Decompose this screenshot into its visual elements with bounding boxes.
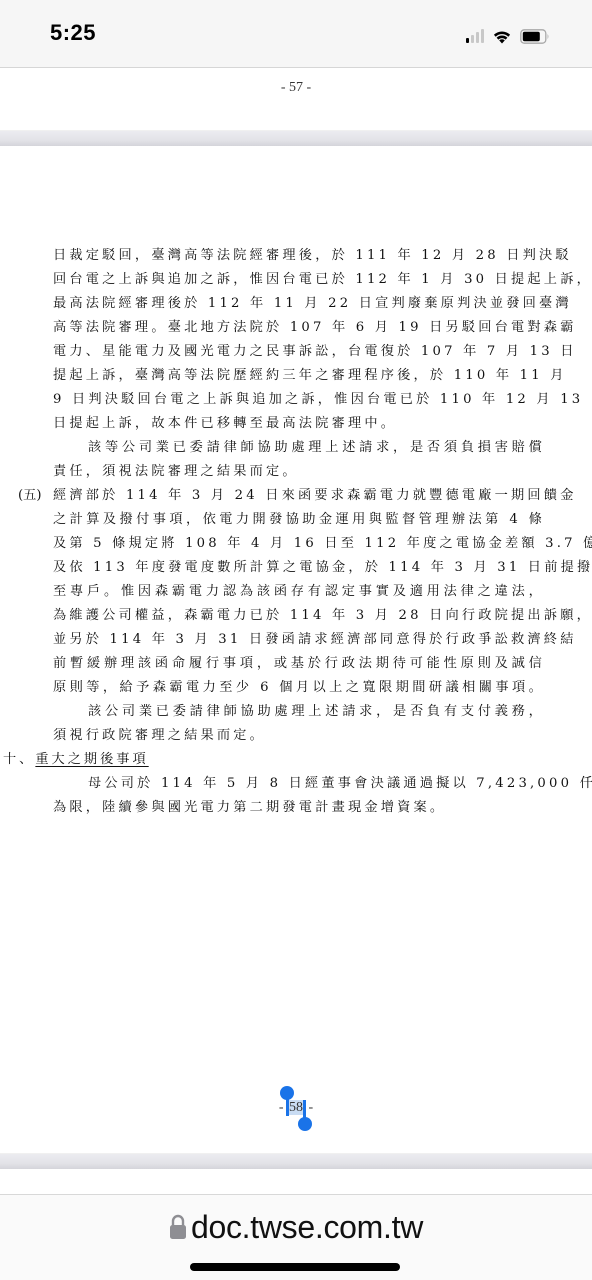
status-icons — [466, 25, 550, 47]
text-line: 須視行政院審理之結果而定。 — [53, 726, 545, 746]
text-line: 至專戶。惟因森霸電力認為該函存有認定事實及適用法律之違法， — [53, 582, 545, 602]
text-line: 該公司業已委請律師協助處理上述請求，是否負有支付義務， — [88, 702, 545, 722]
text-line: 母公司於 114 年 5 月 8 日經董事會決議通過擬以 7,423,000 仟… — [88, 774, 545, 794]
status-time: 5:25 — [50, 20, 96, 46]
text-line: 並另於 114 年 3 月 31 日發函請求經濟部同意得於行政爭訟救濟終結 — [53, 630, 545, 650]
selected-text[interactable]: 58 — [287, 1100, 305, 1115]
home-indicator[interactable] — [190, 1263, 400, 1271]
text-line: 原則等，給予森霸電力至少 6 個月以上之寬限期間研議相關事項。 — [53, 678, 545, 698]
url-text: doc.twse.com.tw — [191, 1209, 423, 1245]
page-number-58: - 58 - — [0, 1100, 592, 1116]
section-heading-10: 十、重大之期後事項 — [3, 750, 149, 770]
previous-page-footer: - 57 - — [0, 68, 592, 130]
wifi-icon — [492, 29, 512, 44]
text-line: 為限，陸續參與國光電力第二期發電計畫現金增資案。 — [53, 798, 545, 818]
page-separator — [0, 1153, 592, 1169]
text-line: 日提起上訴，故本件已移轉至最高法院審理中。 — [53, 414, 545, 434]
lock-icon — [169, 1214, 187, 1240]
status-bar: 5:25 — [0, 0, 592, 68]
cellular-signal-icon — [466, 29, 484, 43]
text-line: 前暫緩辦理該函命履行事項，或基於行政法期待可能性原則及誠信 — [53, 654, 545, 674]
text-line: 電力、星能電力及國光電力之民事訴訟，台電復於 107 年 7 月 13 日 — [53, 342, 545, 362]
selection-end-knob[interactable] — [298, 1117, 312, 1131]
selection-start-knob[interactable] — [280, 1086, 294, 1100]
page-separator — [0, 130, 592, 146]
text-line: 責任，須視法院審理之結果而定。 — [53, 462, 545, 482]
text-line: 最高法院經審理後於 112 年 11 月 22 日宣判廢棄原判決並發回臺灣 — [53, 294, 545, 314]
text-line: 為維護公司權益，森霸電力已於 114 年 3 月 28 日向行政院提出訴願， — [53, 606, 545, 626]
text-line: 之計算及撥付事項，依電力開發協助金運用與監督管理辦法第 4 條 — [53, 510, 545, 530]
browser-address-bar[interactable]: doc.twse.com.tw — [0, 1194, 592, 1280]
next-page-top — [0, 1169, 592, 1194]
text-line: 及第 5 條規定將 108 年 4 月 16 日至 112 年度之電協金差額 3… — [53, 534, 545, 554]
document-page: 日裁定駁回，臺灣高等法院經審理後，於 111 年 12 月 28 日判決駁 回台… — [0, 146, 592, 1152]
list-marker-5: (五) — [18, 486, 41, 506]
page-number-57: - 57 - — [0, 80, 592, 96]
text-line: 高等法院審理。臺北地方法院於 107 年 6 月 19 日另駁回台電對森霸 — [53, 318, 545, 338]
text-line: 9 日判決駁回台電之上訴與追加之訴，惟因台電已於 110 年 12 月 13 — [53, 390, 545, 410]
section-number: 十、 — [3, 752, 35, 767]
battery-icon — [520, 29, 550, 44]
selection-start-handle[interactable] — [286, 1098, 289, 1116]
text-line: 經濟部於 114 年 3 月 24 日來函要求森霸電力就豐德電廠一期回饋金 — [53, 486, 545, 506]
text-line: 該等公司業已委請律師協助處理上述請求，是否須負損害賠償 — [88, 438, 545, 458]
section-title: 重大之期後事項 — [35, 752, 148, 767]
text-line: 回台電之上訴與追加之訴，惟因台電已於 112 年 1 月 30 日提起上訴， — [53, 270, 545, 290]
text-line: 及依 113 年度發電度數所計算之電協金，於 114 年 3 月 31 日前提撥 — [53, 558, 545, 578]
url-display[interactable]: doc.twse.com.tw — [0, 1209, 592, 1246]
text-line: 提起上訴，臺灣高等法院歷經約三年之審理程序後，於 110 年 11 月 — [53, 366, 545, 386]
text-line: 日裁定駁回，臺灣高等法院經審理後，於 111 年 12 月 28 日判決駁 — [53, 246, 545, 266]
